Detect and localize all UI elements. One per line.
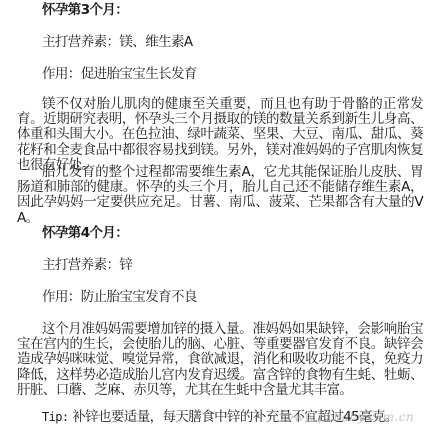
month4-paragraph-zinc: 这个月准妈妈需要增加锌的摄入量。准妈妈如果缺锌，会影响胎宝宝在宫内的生长，会使胎… bbox=[17, 322, 423, 398]
month3-heading: 怀孕第3个月： bbox=[42, 3, 128, 18]
month4-heading: 怀孕第4个月： bbox=[42, 226, 128, 241]
month4-effect: 作用：防止胎宝宝发育不良 bbox=[42, 290, 197, 305]
article-page: 怀孕第3个月： 主打营养素：镁、维生素A 作用：促进胎宝宝生长发育 镁不仅对胎儿… bbox=[0, 0, 434, 438]
month3-paragraph-magnesium: 镁不仅对胎儿肌肉的健康至关重要，而且也有助于骨骼的正常发育。近期研究表明，怀孕头… bbox=[17, 97, 423, 173]
month3-nutrient: 主打营养素：镁、维生素A bbox=[42, 35, 193, 50]
tip-label: Tip: bbox=[42, 410, 69, 424]
month3-effect: 作用：促进胎宝宝生长发育 bbox=[42, 67, 197, 82]
month3-paragraph-vitamin-a: 胎儿发育的整个过程都需要维生素A，它尤其能保证胎儿皮肤、胃肠道和肺部的健康。怀孕… bbox=[17, 165, 423, 226]
watermark: www.pcbaby.com.cn bbox=[283, 410, 414, 424]
month4-nutrient: 主打营养素：锌 bbox=[42, 258, 132, 273]
